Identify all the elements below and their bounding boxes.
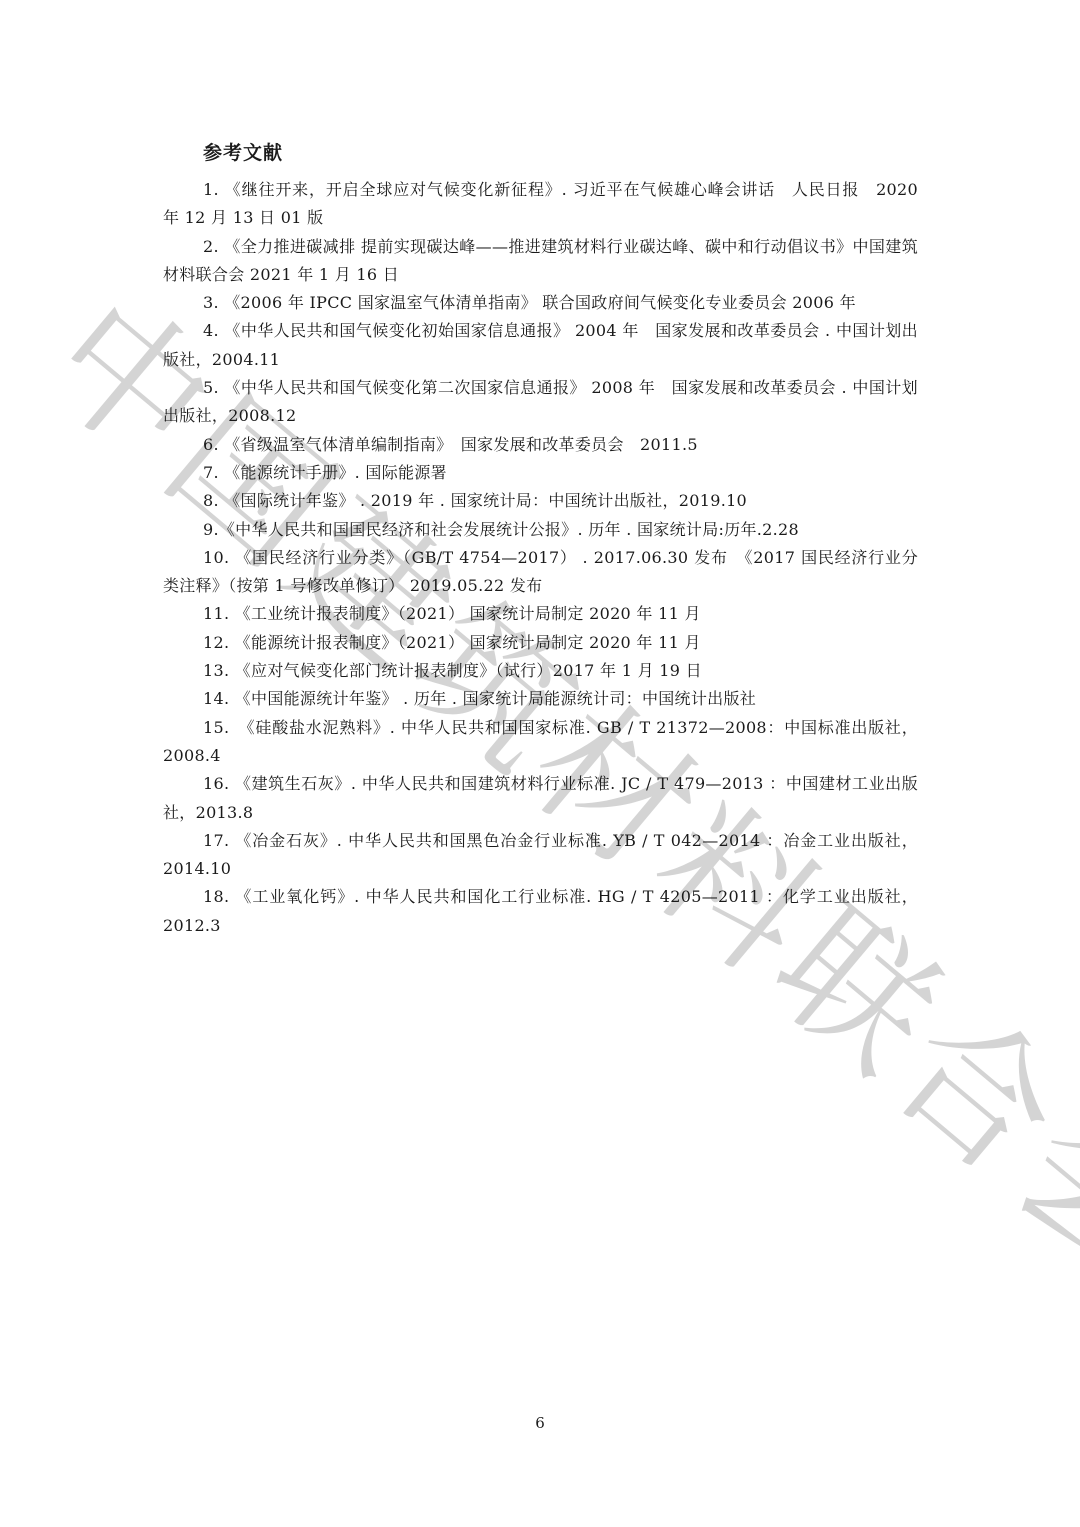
reference-item: 8. 《国际统计年鉴》 . 2019 年 . 国家统计局：中国统计出版社，201… [163, 487, 918, 515]
reference-item: 12. 《能源统计报表制度》（2021） 国家统计局制定 2020 年 11 月 [163, 629, 918, 657]
reference-item: 7. 《能源统计手册》. 国际能源署 [163, 459, 918, 487]
reference-item: 6. 《省级温室气体清单编制指南》 国家发展和改革委员会 2011.5 [163, 431, 918, 459]
reference-item: 17. 《冶金石灰》. 中华人民共和国黑色冶金行业标准. YB / T 042—… [163, 827, 918, 884]
reference-item: 18. 《工业氧化钙》. 中华人民共和国化工行业标准. HG / T 4205—… [163, 883, 918, 940]
reference-item: 1. 《继往开来，开启全球应对气候变化新征程》. 习近平在气候雄心峰会讲话 人民… [163, 176, 918, 233]
reference-item: 11. 《工业统计报表制度》（2021） 国家统计局制定 2020 年 11 月 [163, 600, 918, 628]
reference-item: 14. 《中国能源统计年鉴》 . 历年 . 国家统计局能源统计司：中国统计出版社 [163, 685, 918, 713]
references-section: 参考文献 1. 《继往开来，开启全球应对气候变化新征程》. 习近平在气候雄心峰会… [163, 138, 918, 940]
reference-item: 13. 《应对气候变化部门统计报表制度》（试行）2017 年 1 月 19 日 [163, 657, 918, 685]
document-page: 中国建筑材料联合会 参考文献 1. 《继往开来，开启全球应对气候变化新征程》. … [0, 0, 1080, 1527]
reference-item: 15. 《硅酸盐水泥熟料》. 中华人民共和国国家标准. GB / T 21372… [163, 714, 918, 771]
reference-item: 3. 《2006 年 IPCC 国家温室气体清单指南》 联合国政府间气候变化专业… [163, 289, 918, 317]
section-heading: 参考文献 [203, 138, 918, 168]
reference-item: 16. 《建筑生石灰》. 中华人民共和国建筑材料行业标准. JC / T 479… [163, 770, 918, 827]
reference-item: 4. 《中华人民共和国气候变化初始国家信息通报》 2004 年 国家发展和改革委… [163, 317, 918, 374]
reference-item: 10. 《国民经济行业分类》（GB/T 4754—2017） . 2017.06… [163, 544, 918, 601]
reference-item: 2. 《全力推进碳减排 提前实现碳达峰——推进建筑材料行业碳达峰、碳中和行动倡议… [163, 233, 918, 290]
reference-item: 9.《中华人民共和国国民经济和社会发展统计公报》. 历年 . 国家统计局:历年.… [163, 516, 918, 544]
page-number: 6 [0, 1414, 1080, 1432]
reference-item: 5. 《中华人民共和国气候变化第二次国家信息通报》 2008 年 国家发展和改革… [163, 374, 918, 431]
